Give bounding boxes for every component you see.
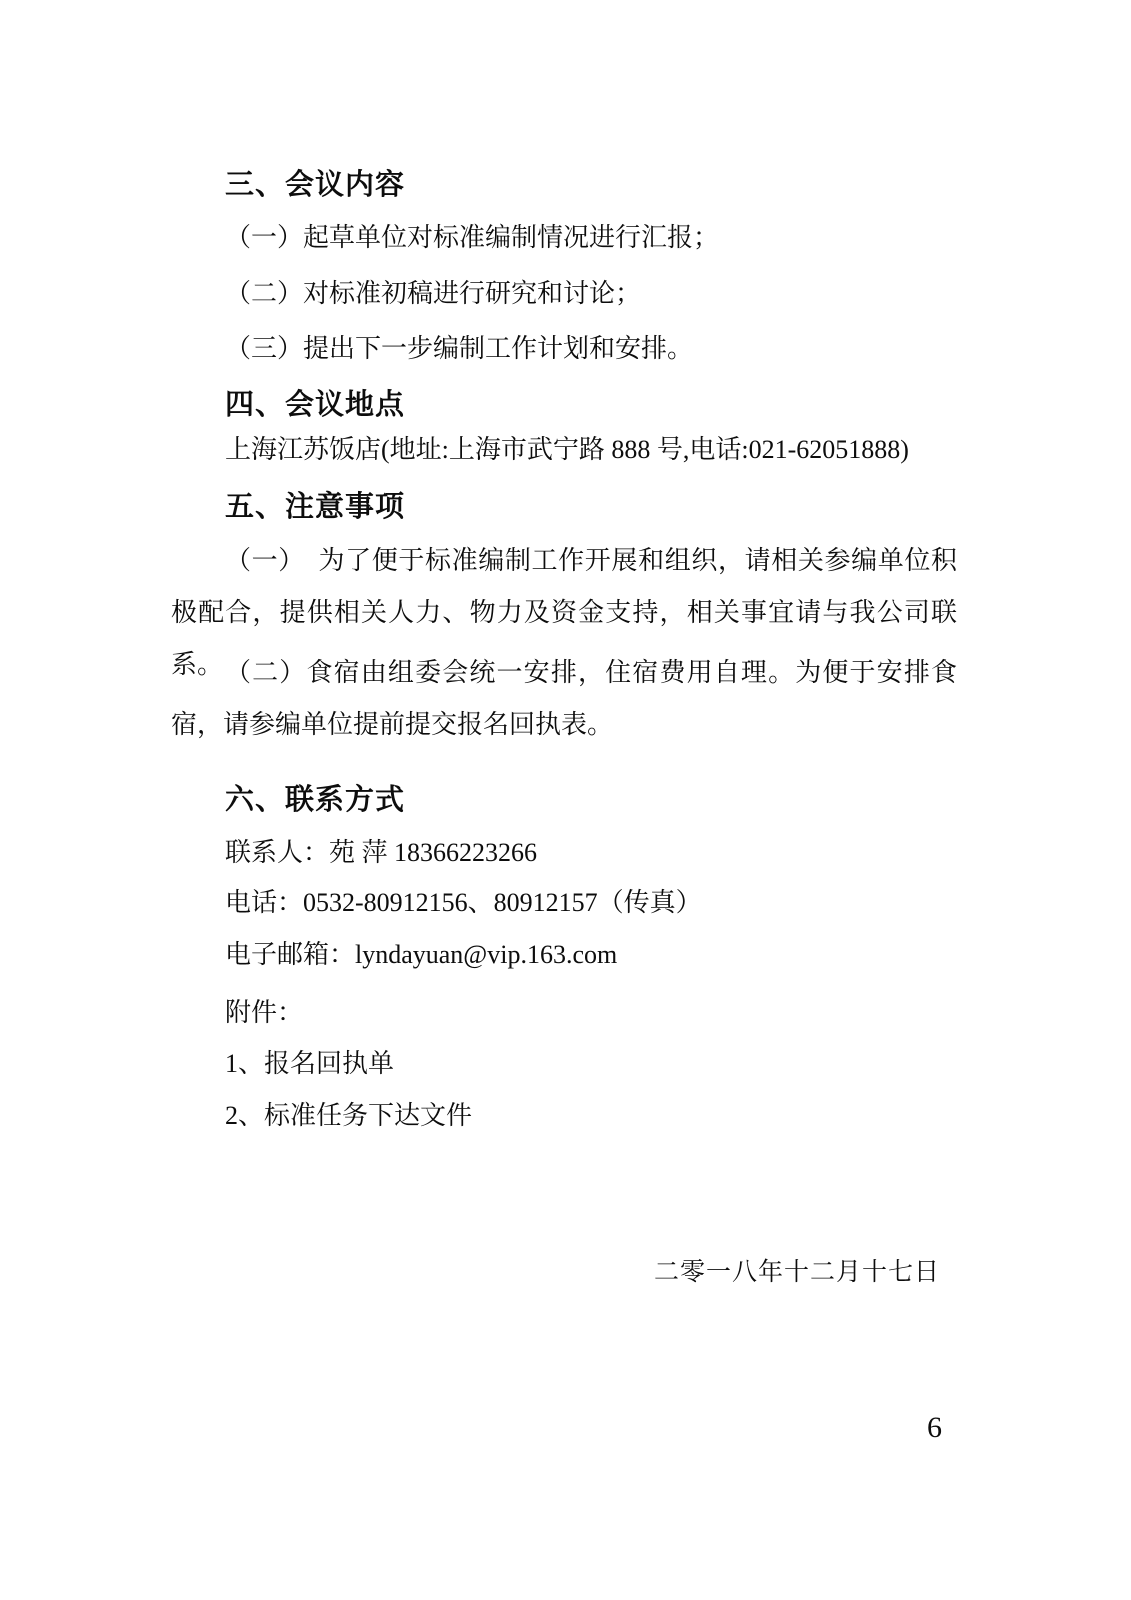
contact-email-line: 电子邮箱：lyndayuan@vip.163.com: [171, 929, 957, 981]
meeting-content-item-3: （三）提出下一步编制工作计划和安排。: [171, 323, 957, 375]
meeting-content-item-1: （一）起草单位对标准编制情况进行汇报；: [171, 212, 957, 264]
attachment-item-1: 1、报名回执单: [171, 1038, 957, 1090]
section-heading-meeting-content: 三、会议内容: [171, 159, 957, 211]
contact-phone-line: 电话：0532-80912156、80912157（传真）: [171, 877, 957, 929]
attachments-label: 附件：: [171, 987, 957, 1039]
document-page: 三、会议内容 （一）起草单位对标准编制情况进行汇报； （二）对标准初稿进行研究和…: [0, 0, 1131, 1600]
section-heading-contact: 六、联系方式: [171, 774, 957, 826]
venue-address: 上海江苏饭店(地址:上海市武宁路 888 号,电话:021-62051888): [171, 424, 957, 476]
signature-date: 二零一八年十二月十七日: [171, 1247, 957, 1299]
attachment-item-2: 2、标准任务下达文件: [171, 1090, 957, 1142]
notes-item-2: （二）食宿由组委会统一安排，住宿费用自理。为便于安排食宿，请参编单位提前提交报名…: [171, 647, 957, 751]
meeting-content-item-2: （二）对标准初稿进行研究和讨论；: [171, 268, 957, 320]
page-number: 6: [171, 1402, 957, 1454]
section-heading-notes: 五、注意事项: [171, 481, 957, 533]
contact-person-line: 联系人：苑 萍 18366223266: [171, 827, 957, 879]
